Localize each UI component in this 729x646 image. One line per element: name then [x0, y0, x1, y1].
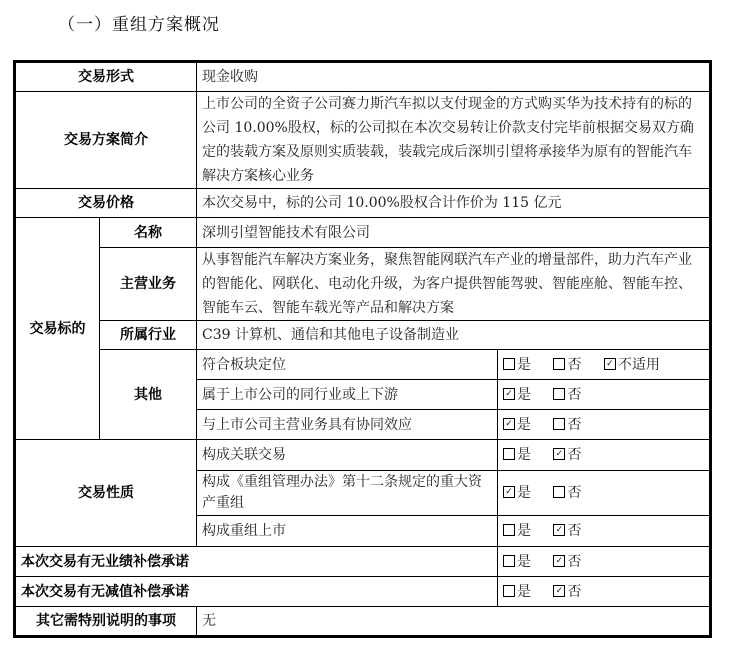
nature-item-text: 构成关联交易 — [197, 440, 498, 471]
target-name-label: 名称 — [100, 218, 197, 248]
transaction-target-label: 交易标的 — [15, 218, 100, 440]
option-yes[interactable]: 是 — [503, 353, 531, 377]
checkbox-unchecked-icon[interactable] — [553, 388, 565, 400]
other-notes-label: 其它需特别说明的事项 — [15, 607, 197, 637]
transaction-price-label: 交易价格 — [15, 189, 197, 218]
checkbox-unchecked-icon[interactable] — [503, 585, 515, 597]
other-item-text: 属于上市公司的同行业或上下游 — [197, 380, 498, 410]
nature-item-options: 是 否 — [498, 516, 711, 547]
option-yes[interactable]: 是 — [503, 481, 531, 505]
option-no[interactable]: 否 — [553, 413, 581, 437]
checkbox-checked-icon[interactable] — [503, 388, 515, 400]
option-no[interactable]: 否 — [553, 550, 581, 574]
other-item-options: 是 否 — [498, 380, 711, 410]
checkbox-checked-icon[interactable] — [503, 418, 515, 430]
nature-item-options: 是 否 — [498, 471, 711, 516]
checkbox-checked-icon[interactable] — [503, 486, 515, 498]
target-name-value: 深圳引望智能技术有限公司 — [197, 218, 711, 248]
option-no[interactable]: 否 — [553, 443, 581, 467]
checkbox-unchecked-icon[interactable] — [503, 448, 515, 460]
checkbox-unchecked-icon[interactable] — [553, 418, 565, 430]
row-target-industry: 所属行业 C39 计算机、通信和其他电子设备制造业 — [15, 321, 711, 350]
checkbox-unchecked-icon[interactable] — [503, 555, 515, 567]
row-other-notes: 其它需特别说明的事项 无 — [15, 607, 711, 637]
option-no[interactable]: 否 — [553, 519, 581, 543]
section-title: （一）重组方案概况 — [58, 10, 220, 35]
target-industry-label: 所属行业 — [100, 321, 197, 350]
option-yes[interactable]: 是 — [503, 580, 531, 604]
target-business-label: 主营业务 — [100, 248, 197, 321]
option-yes[interactable]: 是 — [503, 519, 531, 543]
row-impairment-compensation: 本次交易有无减值补偿承诺 是 否 — [15, 577, 711, 607]
checkbox-checked-icon[interactable] — [553, 555, 565, 567]
nature-item-text: 构成《重组管理办法》第十二条规定的重大资产重组 — [197, 471, 498, 516]
transaction-form-value: 现金收购 — [197, 62, 711, 92]
other-item-options: 是 否 — [498, 410, 711, 440]
target-industry-value: C39 计算机、通信和其他电子设备制造业 — [197, 321, 711, 350]
transaction-plan-label: 交易方案简介 — [15, 92, 197, 189]
option-yes[interactable]: 是 — [503, 443, 531, 467]
option-yes[interactable]: 是 — [503, 550, 531, 574]
option-no[interactable]: 否 — [553, 580, 581, 604]
target-other-label: 其他 — [100, 350, 197, 440]
target-business-value: 从事智能汽车解决方案业务，聚焦智能网联汽车产业的增量部件，助力汽车产业的智能化、… — [197, 248, 711, 321]
restructuring-summary-table: 交易形式 现金收购 交易方案简介 上市公司的全资子公司赛力斯汽车拟以支付现金的方… — [13, 60, 712, 638]
option-no[interactable]: 否 — [553, 481, 581, 505]
row-transaction-form: 交易形式 现金收购 — [15, 62, 711, 92]
option-yes[interactable]: 是 — [503, 383, 531, 407]
checkbox-unchecked-icon[interactable] — [503, 358, 515, 370]
row-other-positioning: 其他 符合板块定位 是 否 不适用 — [15, 350, 711, 380]
row-transaction-price: 交易价格 本次交易中，标的公司 10.00%股权合计作价为 115 亿元 — [15, 189, 711, 218]
other-notes-value: 无 — [197, 607, 711, 637]
impairment-compensation-label: 本次交易有无减值补偿承诺 — [15, 577, 498, 607]
transaction-price-value: 本次交易中，标的公司 10.00%股权合计作价为 115 亿元 — [197, 189, 711, 218]
row-target-name: 交易标的 名称 深圳引望智能技术有限公司 — [15, 218, 711, 248]
other-item-text: 与上市公司主营业务具有协同效应 — [197, 410, 498, 440]
nature-item-options: 是 否 — [498, 440, 711, 471]
option-no[interactable]: 否 — [553, 353, 581, 377]
row-target-business: 主营业务 从事智能汽车解决方案业务，聚焦智能网联汽车产业的增量部件，助力汽车产业… — [15, 248, 711, 321]
row-performance-compensation: 本次交易有无业绩补偿承诺 是 否 — [15, 547, 711, 577]
transaction-form-label: 交易形式 — [15, 62, 197, 92]
transaction-nature-label: 交易性质 — [15, 440, 197, 547]
checkbox-unchecked-icon[interactable] — [553, 486, 565, 498]
row-transaction-plan: 交易方案简介 上市公司的全资子公司赛力斯汽车拟以支付现金的方式购买华为技术持有的… — [15, 92, 711, 189]
option-not-applicable[interactable]: 不适用 — [604, 353, 660, 377]
checkbox-checked-icon[interactable] — [553, 448, 565, 460]
option-no[interactable]: 否 — [553, 383, 581, 407]
row-nature-related-party: 交易性质 构成关联交易 是 否 — [15, 440, 711, 471]
checkbox-unchecked-icon[interactable] — [553, 358, 565, 370]
checkbox-unchecked-icon[interactable] — [503, 524, 515, 536]
option-yes[interactable]: 是 — [503, 413, 531, 437]
other-item-text: 符合板块定位 — [197, 350, 498, 380]
nature-item-text: 构成重组上市 — [197, 516, 498, 547]
transaction-plan-value: 上市公司的全资子公司赛力斯汽车拟以支付现金的方式购买华为技术持有的标的公司 10… — [197, 92, 711, 189]
impairment-compensation-options: 是 否 — [498, 577, 711, 607]
performance-compensation-label: 本次交易有无业绩补偿承诺 — [15, 547, 498, 577]
other-item-options: 是 否 不适用 — [498, 350, 711, 380]
checkbox-checked-icon[interactable] — [604, 358, 616, 370]
checkbox-checked-icon[interactable] — [553, 524, 565, 536]
checkbox-checked-icon[interactable] — [553, 585, 565, 597]
performance-compensation-options: 是 否 — [498, 547, 711, 577]
